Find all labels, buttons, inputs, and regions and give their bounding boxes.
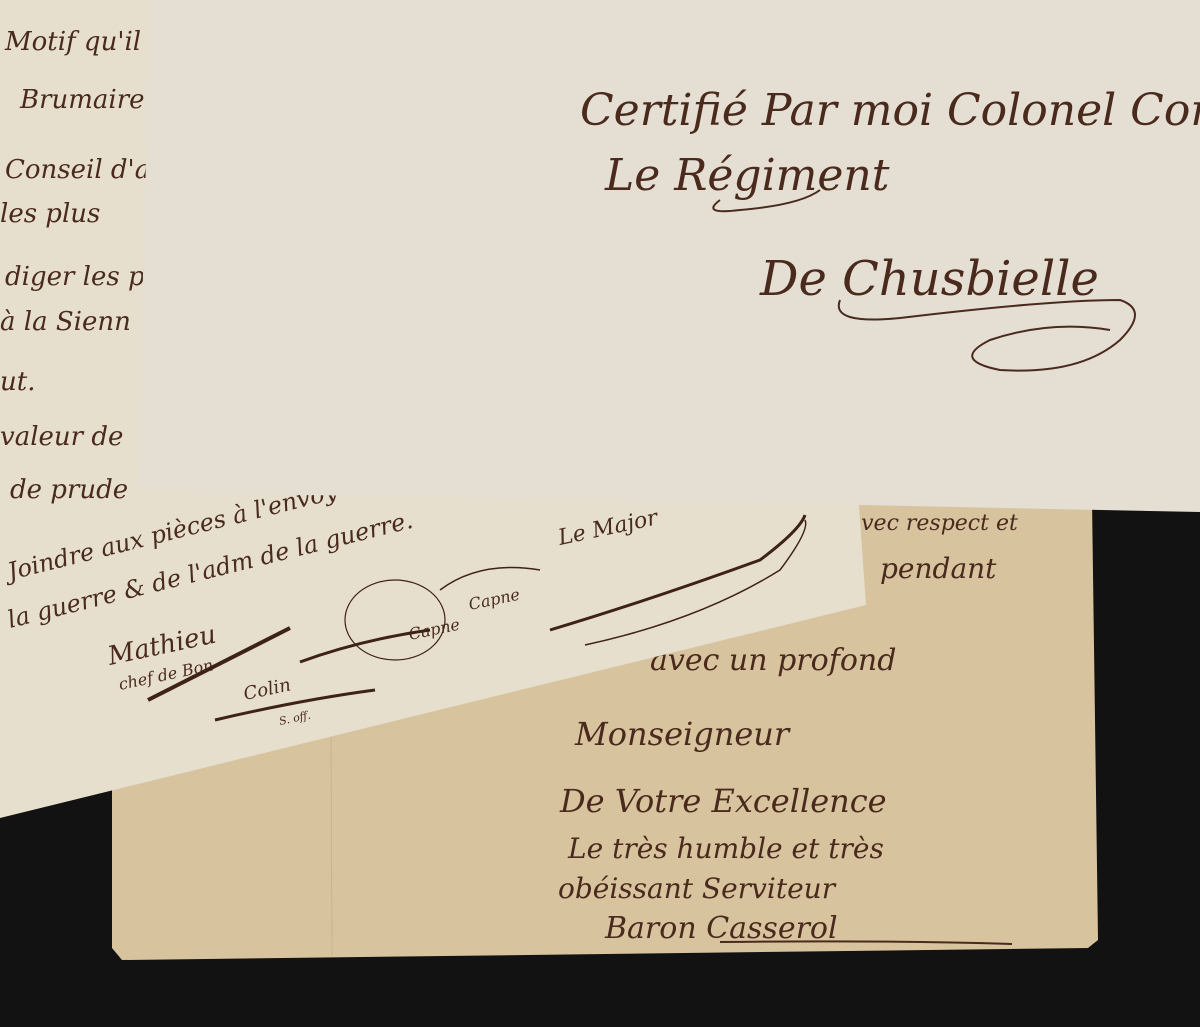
top-document: Certifié Par moi Colonel Com Le Régiment… (0, 0, 1200, 1027)
top-line-2: Le Régiment (604, 150, 890, 201)
top-line-1: Certifié Par moi Colonel Com (580, 85, 1200, 136)
top-signature: De Chusbielle (759, 251, 1099, 307)
